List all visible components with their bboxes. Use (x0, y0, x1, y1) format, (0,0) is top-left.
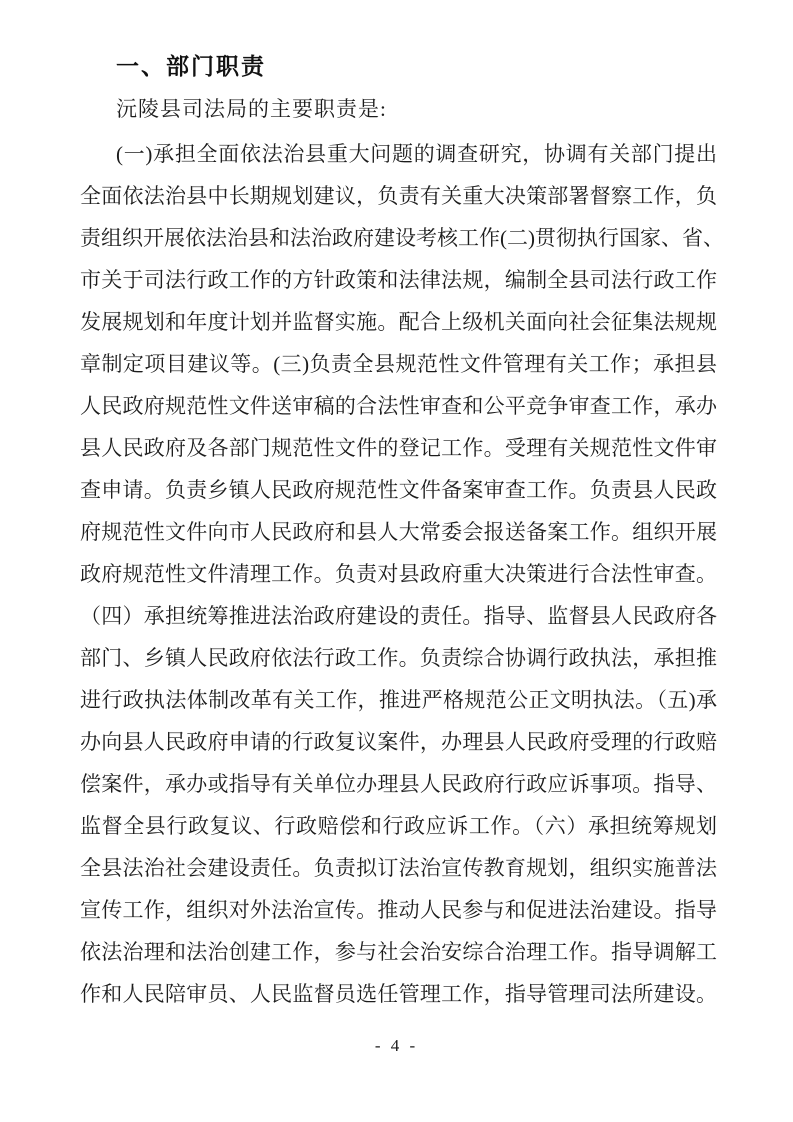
section-heading: 一、部门职责 (80, 46, 717, 86)
paragraph-line: 责组织开展依法治县和法治政府建设考核工作(二)贯彻执行国家、省、 (80, 217, 717, 259)
paragraph-line: (一)承担全面依法治县重大问题的调查研究，协调有关部门提出 (80, 133, 717, 175)
paragraph-line: 作和人民陪审员、人民监督员选任管理工作，指导管理司法所建设。 (80, 973, 717, 1015)
paragraph-line: 章制定项目建议等。(三)负责全县规范性文件管理有关工作；承担县 (80, 343, 717, 385)
paragraph-line: 部门、乡镇人民政府依法行政工作。负责综合协调行政执法，承担推 (80, 637, 717, 679)
document-page: 一、部门职责 沅陵县司法局的主要职责是: (一)承担全面依法治县重大问题的调查研… (0, 0, 793, 1122)
document-content: 一、部门职责 沅陵县司法局的主要职责是: (一)承担全面依法治县重大问题的调查研… (80, 46, 717, 1015)
paragraph-line: 市关于司法行政工作的方针政策和法律法规，编制全县司法行政工作 (80, 259, 717, 301)
paragraph-line: 监督全县行政复议、行政赔偿和行政应诉工作。（六）承担统筹规划 (80, 805, 717, 847)
page-footer: - 4 - (0, 1036, 793, 1056)
paragraph-line: 查申请。负责乡镇人民政府规范性文件备案审查工作。负责县人民政 (80, 469, 717, 511)
body-paragraph: (一)承担全面依法治县重大问题的调查研究，协调有关部门提出全面依法治县中长期规划… (80, 133, 717, 1015)
paragraph-line: 依法治理和法治创建工作，参与社会治安综合治理工作。指导调解工 (80, 931, 717, 973)
paragraph-line: 宣传工作，组织对外法治宣传。推动人民参与和促进法治建设。指导 (80, 889, 717, 931)
paragraph-line: 全县法治社会建设责任。负责拟订法治宣传教育规划，组织实施普法 (80, 847, 717, 889)
paragraph-line: （四）承担统筹推进法治政府建设的责任。指导、监督县人民政府各 (80, 595, 717, 637)
paragraph-line: 办向县人民政府申请的行政复议案件，办理县人民政府受理的行政赔 (80, 721, 717, 763)
paragraph-line: 偿案件，承办或指导有关单位办理县人民政府行政应诉事项。指导、 (80, 763, 717, 805)
paragraph-line: 县人民政府及各部门规范性文件的登记工作。受理有关规范性文件审 (80, 427, 717, 469)
paragraph-line: 政府规范性文件清理工作。负责对县政府重大决策进行合法性审查。 (80, 553, 717, 595)
paragraph-line: 全面依法治县中长期规划建议，负责有关重大决策部署督察工作，负 (80, 175, 717, 217)
paragraph-line: 人民政府规范性文件送审稿的合法性审查和公平竞争审查工作，承办 (80, 385, 717, 427)
paragraph-line: 发展规划和年度计划并监督实施。配合上级机关面向社会征集法规规 (80, 301, 717, 343)
intro-line: 沅陵县司法局的主要职责是: (80, 86, 717, 133)
paragraph-line: 进行政执法体制改革有关工作，推进严格规范公正文明执法。（五)承 (80, 679, 717, 721)
paragraph-line: 府规范性文件向市人民政府和县人大常委会报送备案工作。组织开展 (80, 511, 717, 553)
page-number: - 4 - (375, 1036, 418, 1055)
